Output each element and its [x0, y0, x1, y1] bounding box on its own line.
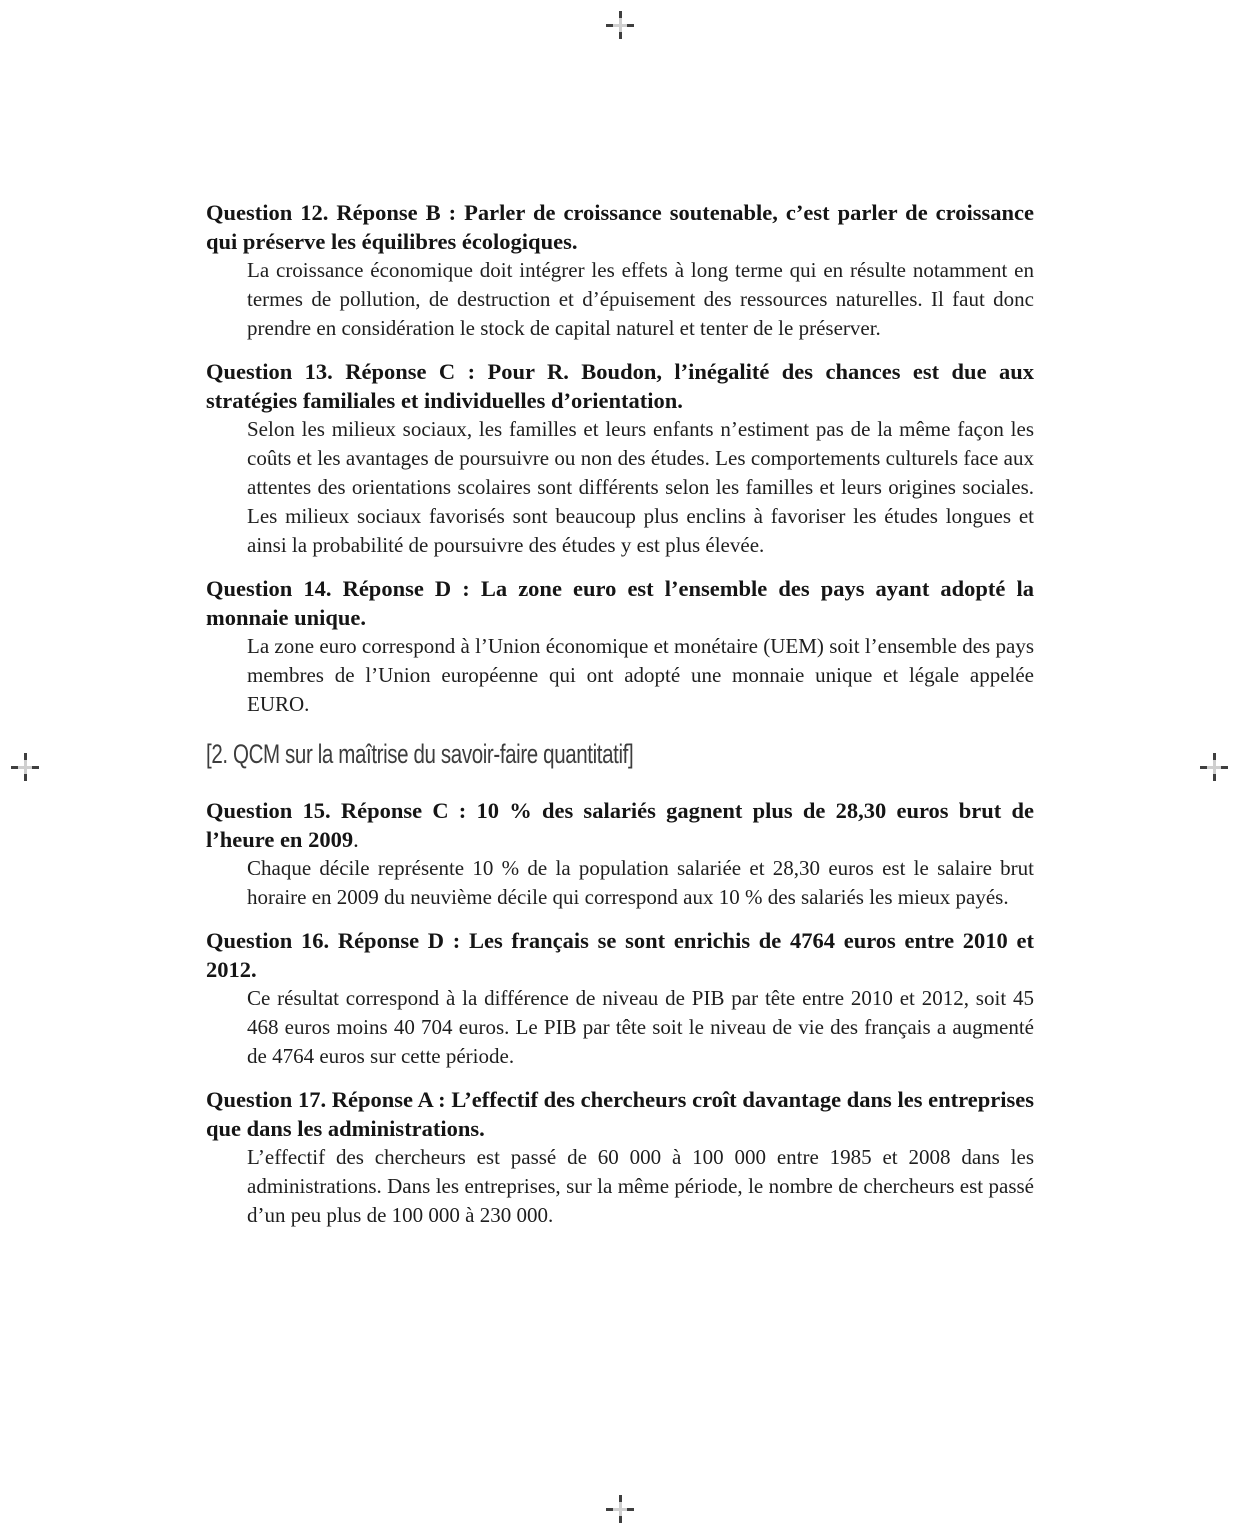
question-block-17: Question 17. Réponse A : L’effectif des … — [206, 1085, 1034, 1230]
registration-mark-vertical-bar — [1213, 753, 1216, 781]
question-block-16: Question 16. Réponse D : Les français se… — [206, 926, 1034, 1071]
page-content: Question 12. Réponse B : Parler de crois… — [206, 198, 1034, 1244]
registration-mark-icon — [1200, 753, 1228, 781]
question-explanation: La zone euro correspond à l’Union économ… — [247, 632, 1034, 719]
section-header-text: [2. QCM sur la maîtrise du savoir-faire … — [206, 737, 633, 771]
question-explanation: Selon les milieux sociaux, les familles … — [247, 415, 1034, 560]
registration-mark-vertical-bar — [24, 753, 27, 781]
question-title-text: Question 17. Réponse A : L’effectif des … — [206, 1087, 1034, 1141]
question-title: Question 15. Réponse C : 10 % des salari… — [206, 796, 1034, 854]
question-title: Question 13. Réponse C : Pour R. Boudon,… — [206, 357, 1034, 415]
question-title: Question 14. Réponse D : La zone euro es… — [206, 574, 1034, 632]
question-title-suffix: . — [353, 827, 359, 852]
question-block-15: Question 15. Réponse C : 10 % des salari… — [206, 796, 1034, 912]
question-title: Question 17. Réponse A : L’effectif des … — [206, 1085, 1034, 1143]
question-title: Question 16. Réponse D : Les français se… — [206, 926, 1034, 984]
question-block-13: Question 13. Réponse C : Pour R. Boudon,… — [206, 357, 1034, 560]
question-explanation: Ce résultat correspond à la différence d… — [247, 984, 1034, 1071]
registration-mark-icon — [606, 1495, 634, 1523]
question-title: Question 12. Réponse B : Parler de crois… — [206, 198, 1034, 256]
section-header: [2. QCM sur la maîtrise du savoir-faire … — [206, 737, 1034, 771]
question-explanation: L’effectif des chercheurs est passé de 6… — [247, 1143, 1034, 1230]
registration-mark-vertical-bar — [619, 11, 622, 39]
question-title-text: Question 13. Réponse C : Pour R. Boudon,… — [206, 359, 1034, 413]
question-explanation: Chaque décile représente 10 % de la popu… — [247, 854, 1034, 912]
question-title-text: Question 14. Réponse D : La zone euro es… — [206, 576, 1034, 630]
question-title-text: Question 16. Réponse D : Les français se… — [206, 928, 1034, 982]
question-title-text: Question 12. Réponse B : Parler de crois… — [206, 200, 1034, 254]
question-block-14: Question 14. Réponse D : La zone euro es… — [206, 574, 1034, 719]
question-title-text: Question 15. Réponse C : 10 % des salari… — [206, 798, 1034, 852]
registration-mark-icon — [11, 753, 39, 781]
registration-mark-vertical-bar — [619, 1495, 622, 1523]
question-explanation: La croissance économique doit intégrer l… — [247, 256, 1034, 343]
registration-mark-icon — [606, 11, 634, 39]
question-block-12: Question 12. Réponse B : Parler de crois… — [206, 198, 1034, 343]
